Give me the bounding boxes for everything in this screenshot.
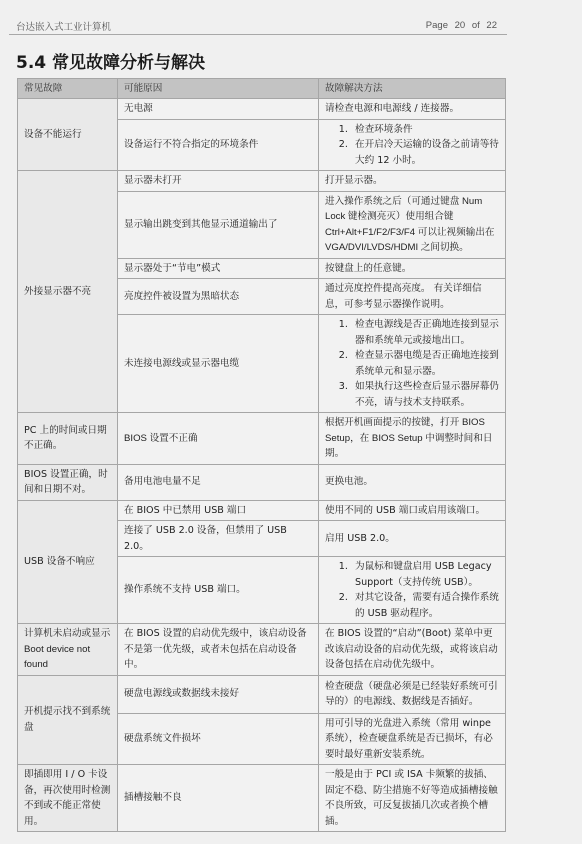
cause-cell: 连接了 USB 2.0 设备，但禁用了 USB 2.0。: [118, 521, 319, 557]
page-total: 22: [486, 20, 497, 31]
cause-cell: 操作系统不支持 USB 端口。: [118, 557, 319, 624]
symptom-cell: BIOS 设置正确，时间和日期不对。: [18, 464, 118, 500]
document-title: 台达嵌入式工业计算机: [16, 19, 111, 33]
solution-cell: 使用不同的 USB 端口或启用该端口。: [319, 500, 506, 521]
solution-cell: 按键盘上的任意键。: [319, 258, 506, 279]
solution-step: 为鼠标和键盘启用 USB Legacy Support（支持传统 USB）。: [351, 559, 499, 590]
cause-cell: 显示输出跳变到其他显示通道输出了: [118, 191, 319, 258]
cause-cell: 亮度控件被设置为黑暗状态: [118, 279, 319, 315]
solution-step: 在开启冷天运输的设备之前请等待大约 12 小时。: [351, 137, 499, 168]
solution-step: 检查电源线是否正确地连接到显示器和系统单元或接地出口。: [351, 317, 499, 348]
troubleshooting-table: 常见故障 可能原因 故障解决方法 设备不能运行 无电源 请检查电源和电源线 / …: [17, 78, 506, 832]
solution-cell: 检查电源线是否正确地连接到显示器和系统单元或接地出口。 检查显示器电缆是否正确地…: [319, 315, 506, 413]
symptom-cell: USB 设备不响应: [18, 500, 118, 624]
solution-cell: 通过亮度控件提高亮度。 有关详细信息，可参考显示器操作说明。: [319, 279, 506, 315]
page-of-label: of: [472, 20, 480, 31]
symptom-cell: 计算机未启动或显示 Boot device not found: [18, 624, 118, 676]
solution-cell: 打开显示器。: [319, 171, 506, 192]
cause-cell: 硬盘电源线或数据线未接好: [118, 675, 319, 713]
table-row: 设备不能运行 无电源 请检查电源和电源线 / 连接器。: [18, 99, 506, 120]
solution-cell: 检查环境条件 在开启冷天运输的设备之前请等待大约 12 小时。: [319, 119, 506, 171]
solution-steps: 为鼠标和键盘启用 USB Legacy Support（支持传统 USB）。 对…: [325, 559, 499, 621]
solution-cell: 为鼠标和键盘启用 USB Legacy Support（支持传统 USB）。 对…: [319, 557, 506, 624]
cause-cell: 无电源: [118, 99, 319, 120]
page-header: 台达嵌入式工业计算机 Page 20 of 22: [9, 0, 507, 35]
solution-cell: 请检查电源和电源线 / 连接器。: [319, 99, 506, 120]
solution-cell: 在 BIOS 设置的“启动”(Boot) 菜单中更改该启动设备的启动优先级，或将…: [319, 624, 506, 676]
table-row: PC 上的时间或日期不正确。 BIOS 设置不正确 根据开机画面提示的按键，打开…: [18, 413, 506, 465]
table-row: 外接显示器不亮 显示器未打开 打开显示器。: [18, 171, 506, 192]
cause-cell: BIOS 设置不正确: [118, 413, 319, 465]
column-header-symptom: 常见故障: [18, 79, 118, 99]
symptom-cell: 即插即用 I / O 卡设备，再次使用时检测不到或不能正常使用。: [18, 765, 118, 832]
table-header-row: 常见故障 可能原因 故障解决方法: [18, 79, 506, 99]
solution-cell: 一般是由于 PCI 或 ISA 卡频繁的拔插、固定不稳、防尘措施不好等造成插槽接…: [319, 765, 506, 832]
solution-step: 对其它设备，需要有适合操作系统的 USB 驱动程序。: [351, 590, 499, 621]
solution-cell: 检查硬盘（硬盘必须是已经装好系统可引导的）的电源线、数据线是否插好。: [319, 675, 506, 713]
table-row: 计算机未启动或显示 Boot device not found 在 BIOS 设…: [18, 624, 506, 676]
symptom-cell: PC 上的时间或日期不正确。: [18, 413, 118, 465]
solution-cell: 更换电池。: [319, 464, 506, 500]
section-title: 5.4 常见故障分析与解决: [16, 48, 205, 73]
solution-cell: 根据开机画面提示的按键，打开 BIOS Setup，在 BIOS Setup 中…: [319, 413, 506, 465]
page-label: Page: [426, 20, 448, 31]
solution-step: 如果执行这些检查后显示器屏幕仍不亮，请与技术支持联系。: [351, 379, 499, 410]
table-row: BIOS 设置正确，时间和日期不对。 备用电池电量不足 更换电池。: [18, 464, 506, 500]
solution-cell: 用可引导的光盘进入系统（常用 winpe 系统），检查硬盘系统是否已损坏，有必要…: [319, 713, 506, 765]
symptom-cell: 开机提示找不到系统盘: [18, 675, 118, 765]
cause-cell: 显示器处于“节电”模式: [118, 258, 319, 279]
solution-step: 检查环境条件: [351, 122, 499, 138]
table-row: 开机提示找不到系统盘 硬盘电源线或数据线未接好 检查硬盘（硬盘必须是已经装好系统…: [18, 675, 506, 713]
solution-steps: 检查电源线是否正确地连接到显示器和系统单元或接地出口。 检查显示器电缆是否正确地…: [325, 317, 499, 410]
symptom-cell: 外接显示器不亮: [18, 171, 118, 413]
solution-step: 检查显示器电缆是否正确地连接到系统单元和显示器。: [351, 348, 499, 379]
cause-cell: 在 BIOS 设置的启动优先级中，该启动设备不是第一优先级，或者未包括在启动设备…: [118, 624, 319, 676]
cause-cell: 未连接电源线或显示器电缆: [118, 315, 319, 413]
cause-cell: 显示器未打开: [118, 171, 319, 192]
solution-cell: 进入操作系统之后（可通过键盘 Num Lock 键检测亮灭）使用组合键 Ctrl…: [319, 191, 506, 258]
page-indicator: Page 20 of 22: [426, 20, 497, 31]
page-current: 20: [455, 20, 466, 31]
solution-steps: 检查环境条件 在开启冷天运输的设备之前请等待大约 12 小时。: [325, 122, 499, 169]
solution-cell: 启用 USB 2.0。: [319, 521, 506, 557]
cause-cell: 设备运行不符合指定的环境条件: [118, 119, 319, 171]
symptom-cell: 设备不能运行: [18, 99, 118, 171]
table-row: 即插即用 I / O 卡设备，再次使用时检测不到或不能正常使用。 插槽接触不良 …: [18, 765, 506, 832]
column-header-solution: 故障解决方法: [319, 79, 506, 99]
table-row: USB 设备不响应 在 BIOS 中已禁用 USB 端口 使用不同的 USB 端…: [18, 500, 506, 521]
cause-cell: 插槽接触不良: [118, 765, 319, 832]
column-header-cause: 可能原因: [118, 79, 319, 99]
cause-cell: 备用电池电量不足: [118, 464, 319, 500]
cause-cell: 硬盘系统文件损坏: [118, 713, 319, 765]
cause-cell: 在 BIOS 中已禁用 USB 端口: [118, 500, 319, 521]
